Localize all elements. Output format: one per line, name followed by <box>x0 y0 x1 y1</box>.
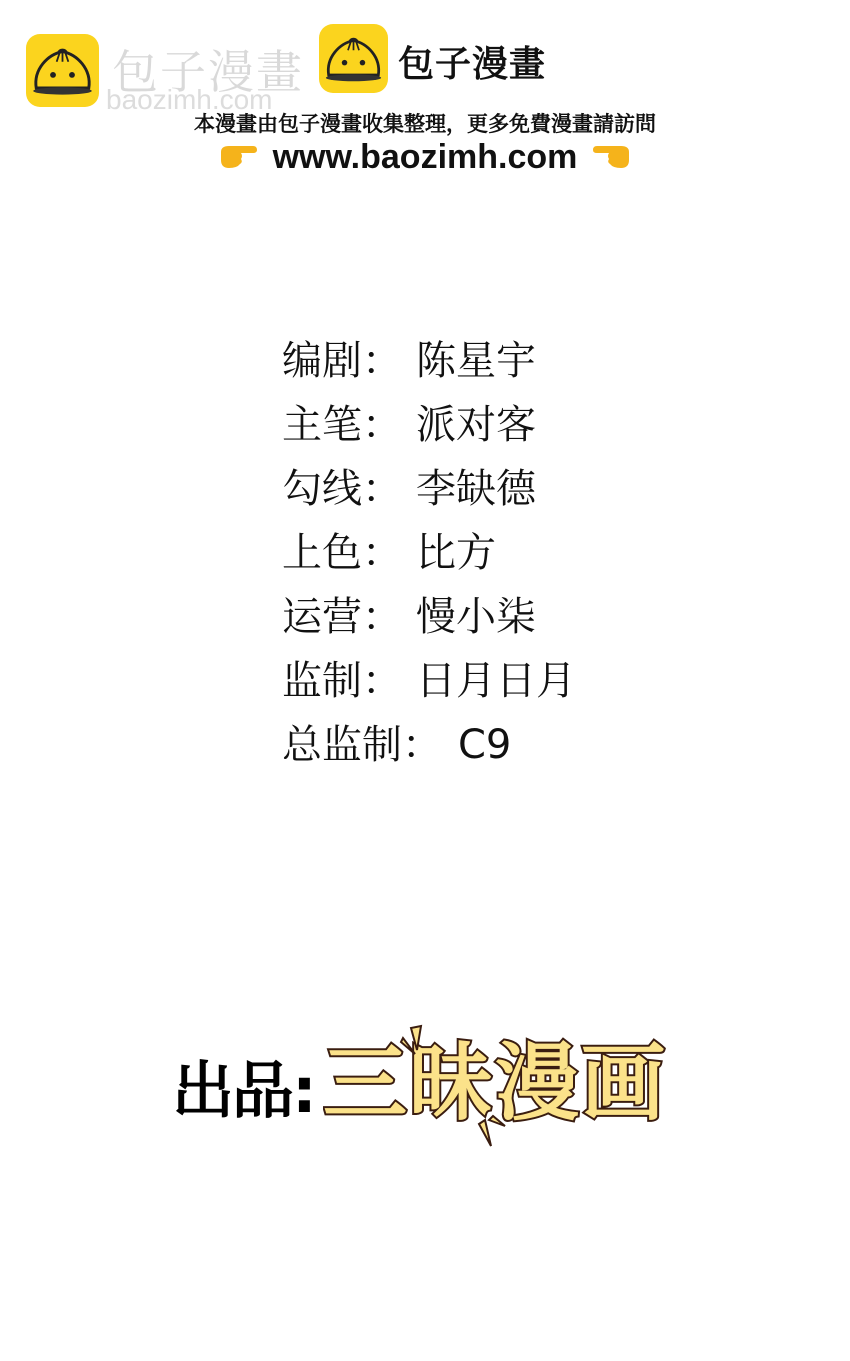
credits-list: 编剧：陈星宇 主笔：派对客 勾线：李缺德 上色：比方 运营：慢小柒 监制：日月日… <box>282 333 576 781</box>
credit-role: 主笔： <box>282 397 416 461</box>
credit-role: 上色： <box>282 525 416 589</box>
credit-role: 监制： <box>282 653 416 717</box>
credit-name: 李缺德 <box>416 461 536 525</box>
credit-row: 运营：慢小柒 <box>282 589 576 653</box>
credit-role: 总监制： <box>282 717 458 781</box>
publisher-label: 出品: <box>172 1041 315 1130</box>
credit-name: C9 <box>458 717 511 781</box>
site-url-link[interactable]: www.baozimh.com <box>273 138 578 177</box>
pointing-left-hand-icon <box>591 140 633 176</box>
credit-name: 陈星宇 <box>416 333 536 397</box>
credit-role: 编剧： <box>282 333 416 397</box>
steamed-bun-icon <box>26 34 99 107</box>
credit-row: 编剧：陈星宇 <box>282 333 576 397</box>
credit-row: 主笔：派对客 <box>282 397 576 461</box>
credit-name: 日月日月 <box>416 653 576 717</box>
url-row: www.baozimh.com <box>0 138 850 177</box>
credit-row: 监制：日月日月 <box>282 653 576 717</box>
credit-role: 运营： <box>282 589 416 653</box>
brand-name[interactable]: 包子漫畫 <box>398 36 546 87</box>
pointing-right-hand-icon <box>217 140 259 176</box>
credit-row: 上色：比方 <box>282 525 576 589</box>
credit-row: 勾线：李缺德 <box>282 461 576 525</box>
notice-text: 本漫畫由包子漫畫收集整理，更多免費漫畫請訪問 <box>0 108 850 138</box>
credit-name: 比方 <box>416 525 496 589</box>
brand-logo[interactable] <box>319 24 388 93</box>
publisher: 出品: 三昧漫画 <box>172 1020 683 1150</box>
publisher-logo: 三昧漫画 <box>323 1020 683 1150</box>
credit-name: 慢小柒 <box>416 589 536 653</box>
watermark-logo <box>26 34 99 107</box>
credit-name: 派对客 <box>416 397 536 461</box>
credit-role: 勾线： <box>282 461 416 525</box>
steamed-bun-icon <box>319 24 388 93</box>
credit-row: 总监制：C9 <box>282 717 576 781</box>
